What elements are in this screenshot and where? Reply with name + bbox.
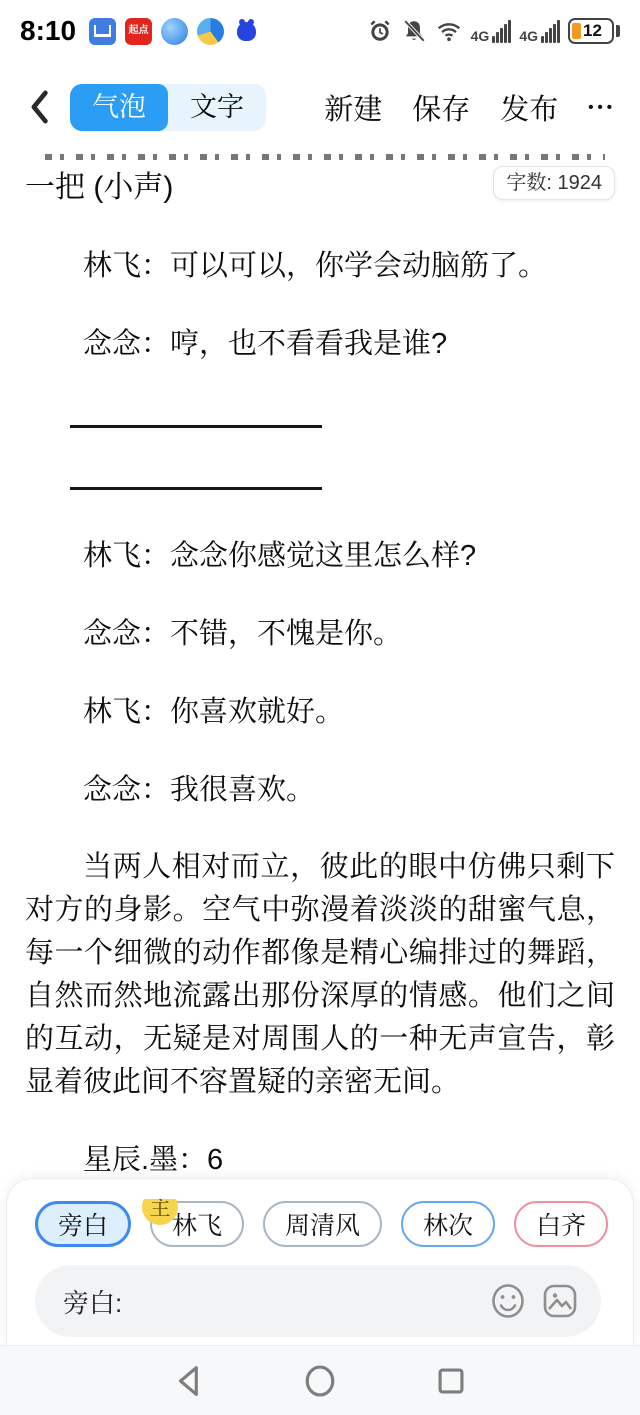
- chip-character-zhouqingfeng[interactable]: 周清风: [263, 1201, 382, 1247]
- image-attach-icon[interactable]: [541, 1282, 579, 1320]
- story-line: 林飞：可以可以，你学会动脑筋了。: [25, 244, 615, 288]
- tab-bubble-mode[interactable]: 气泡: [70, 84, 168, 131]
- back-button[interactable]: [24, 87, 64, 127]
- notification-app-icon-blue: [89, 18, 116, 45]
- story-line: 念念：我很喜欢。: [25, 768, 615, 812]
- message-input[interactable]: 旁白:: [35, 1265, 601, 1337]
- alarm-icon: [367, 18, 393, 44]
- story-line: 一把 (小声): [25, 166, 173, 210]
- battery-percent: 12: [583, 21, 602, 41]
- character-chips-row: 旁白 主 林飞 周清风 林次 白齐 AI: [35, 1199, 615, 1249]
- baidu-paw-icon: [233, 18, 260, 45]
- new-button[interactable]: 新建: [324, 87, 382, 128]
- clipped-text-line: [45, 154, 605, 160]
- mute-bell-icon: [401, 18, 427, 44]
- mode-toggle: 气泡 文字: [70, 84, 266, 131]
- story-editor-content[interactable]: 一把 (小声) 字数: 1924 林飞：可以可以，你学会动脑筋了。 念念：哼，也…: [0, 152, 640, 1178]
- signal-4g-icon-2: 4G: [519, 20, 560, 43]
- clock-time: 8:10: [20, 15, 76, 47]
- save-button[interactable]: 保存: [412, 87, 470, 128]
- story-line: 林飞：你喜欢就好。: [25, 690, 615, 734]
- story-line: 林飞：念念你感觉这里怎么样?: [25, 534, 615, 578]
- story-line: 念念：哼，也不看看我是谁?: [25, 322, 615, 366]
- top-navigation-bar: 气泡 文字 新建 保存 发布 •••: [0, 62, 640, 152]
- android-recents-button[interactable]: [436, 1364, 466, 1398]
- story-line: 星辰.墨：6: [25, 1138, 615, 1178]
- browser-app-icon: [161, 18, 188, 45]
- chip-character-baiqi[interactable]: 白齐: [514, 1201, 608, 1247]
- word-count-badge: 字数: 1924: [493, 166, 615, 200]
- android-back-button[interactable]: [174, 1364, 204, 1398]
- swirl-app-icon: [197, 18, 224, 45]
- input-current-text: 旁白:: [63, 1283, 122, 1320]
- android-navigation-bar: [0, 1345, 640, 1415]
- wifi-icon: [435, 18, 463, 44]
- composer-panel: 旁白 主 林飞 周清风 林次 白齐 AI 旁白:: [6, 1178, 634, 1348]
- emoji-icon[interactable]: [489, 1282, 527, 1320]
- story-line: 念念：不错，不愧是你。: [25, 612, 615, 656]
- qidian-app-icon: 起点: [125, 18, 152, 45]
- android-home-button[interactable]: [304, 1364, 336, 1398]
- tab-text-mode[interactable]: 文字: [168, 84, 266, 131]
- chip-narration[interactable]: 旁白: [35, 1201, 131, 1247]
- signal-4g-icon-1: 4G: [471, 20, 512, 43]
- publish-button[interactable]: 发布: [500, 87, 558, 128]
- divider-line: [70, 487, 322, 490]
- story-paragraph: 当两人相对而立，彼此的眼中仿佛只剩下对方的身影。空气中弥漫着淡淡的甜蜜气息，每一…: [25, 846, 615, 1104]
- divider-line: [70, 425, 322, 428]
- chip-character-linci[interactable]: 林次: [401, 1201, 495, 1247]
- status-bar: 8:10 起点 4G 4G 12: [0, 0, 640, 62]
- battery-icon: 12: [568, 18, 620, 44]
- more-options-button[interactable]: •••: [588, 99, 616, 116]
